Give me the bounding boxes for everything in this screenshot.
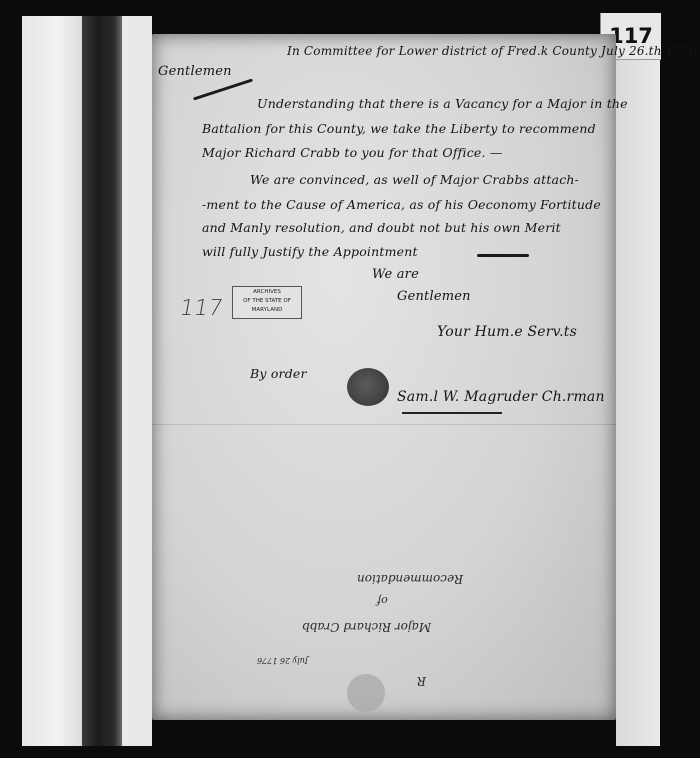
body-line: -ment to the Cause of America, as of his…: [202, 197, 601, 212]
manuscript-letter: In Committee for Lower district of Fred.…: [152, 34, 616, 720]
film-margin-right: [616, 60, 660, 746]
closing-servants: Your Hum.e Serv.ts: [437, 324, 577, 340]
signature-underline: [402, 412, 502, 414]
salutation: Gentlemen: [158, 64, 232, 79]
closing-gentlemen: Gentlemen: [397, 289, 471, 304]
letter-heading: In Committee for Lower district of Fred.…: [287, 44, 700, 58]
folio-mark: 117: [178, 296, 225, 321]
body-line: will fully Justify the Appointment: [202, 244, 418, 259]
verso-text: July 26 1776: [257, 656, 308, 665]
signature: Sam.l W. Magruder Ch.rman: [397, 389, 605, 405]
body-line: We are convinced, as well of Major Crabb…: [250, 172, 579, 187]
verso-text: of: [377, 594, 388, 607]
archive-stamp: ARCHIVES OF THE STATE OF MARYLAND: [232, 286, 302, 319]
by-order: By order: [250, 366, 307, 381]
verso-text: Recommendation: [357, 572, 463, 586]
body-line: Major Richard Crabb to you for that Offi…: [202, 145, 503, 160]
film-shadow-band: [82, 16, 122, 746]
closing-we-are: We are: [372, 267, 419, 282]
film-margin-mid: [122, 16, 152, 746]
body-line: Battalion for this County, we take the L…: [202, 121, 596, 136]
stamp-line: OF THE STATE OF: [233, 297, 301, 306]
stamp-line: MARYLAND: [233, 306, 301, 315]
verso-text: R: [417, 674, 426, 688]
body-line: Understanding that there is a Vacancy fo…: [257, 96, 628, 111]
flourish-stroke: [193, 78, 253, 100]
body-line: and Manly resolution, and doubt not but …: [202, 220, 561, 235]
wax-seal-icon: [347, 368, 389, 406]
seal-bleedthrough-icon: [347, 674, 385, 712]
verso-text: Major Richard Crabb: [302, 620, 431, 634]
fold-line: [152, 424, 616, 425]
stamp-line: ARCHIVES: [233, 288, 301, 297]
closing-dash: [477, 254, 529, 257]
film-margin-left: [22, 16, 82, 746]
